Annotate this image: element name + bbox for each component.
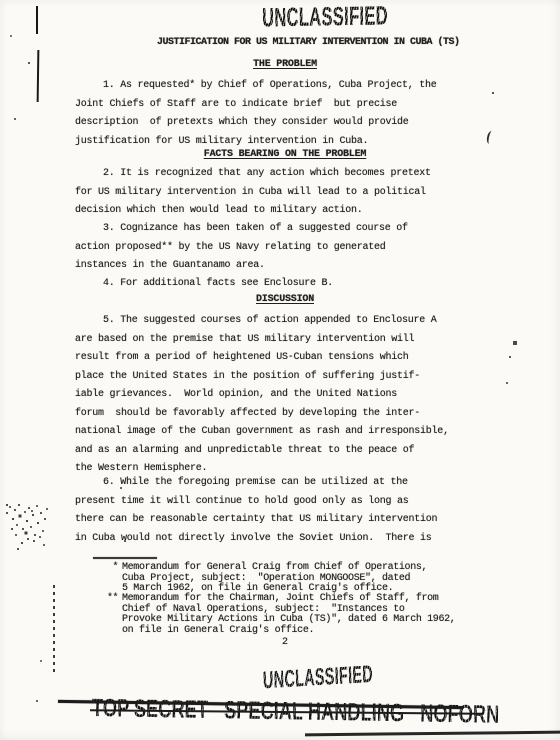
bottom-edge-rule [305, 731, 560, 737]
text-line: 2. It is recognized that any action whic… [75, 165, 495, 184]
document-title: JUSTIFICATION FOR US MILITARY INTERVENTI… [157, 37, 460, 48]
section-heading-the-problem: THE PROBLEM [80, 59, 490, 70]
footnote-2: ** Memorandum for the Chairman, Joint Ch… [98, 594, 455, 636]
text-line: 3. Cognizance has been taken of a sugges… [75, 220, 495, 239]
text-line: decision which then would lead to milita… [75, 202, 495, 221]
text-line: Memorandum for General Craig from Chief … [122, 563, 427, 574]
text-line: national image of the Cuban government a… [75, 423, 495, 442]
paragraph-5: 5. The suggested courses of action appen… [75, 312, 495, 479]
text-line: description of pretexts which they consi… [75, 114, 495, 133]
paragraph-3: 3. Cognizance has been taken of a sugges… [75, 220, 495, 276]
footnote-text: Memorandum for the Chairman, Joint Chief… [122, 594, 455, 636]
text-line: Joint Chiefs of Staff are to indicate br… [75, 96, 495, 115]
scanned-document-page: UNCLASSIFIED JUSTIFICATION FOR US MILITA… [0, 0, 560, 740]
text-line: 6. While the foregoing premise can be ut… [75, 474, 495, 493]
text-line: on file in General Craig's office. [122, 626, 455, 637]
scan-artifact-line [36, 6, 38, 34]
text-line: result from a period of heightened US-Cu… [75, 349, 495, 368]
text-line: Provoke Military Actions in Cuba (TS)", … [122, 615, 455, 626]
text-line: are based on the premise that US militar… [75, 331, 495, 350]
text-line: 1. As requested* by Chief of Operations,… [75, 77, 495, 96]
section-heading-discussion: DISCUSSION [80, 294, 490, 305]
text-line: iable grievances. World opinion, and the… [75, 386, 495, 405]
footnote-text: Memorandum for General Craig from Chief … [122, 563, 427, 595]
text-line: Memorandum for the Chairman, Joint Chief… [122, 594, 455, 605]
text-line: 4. For additional facts see Enclosure B. [75, 275, 495, 294]
unclassified-stamp-top: UNCLASSIFIED [262, 1, 388, 34]
text-line: action proposed** by the US Navy relatin… [75, 239, 495, 258]
text-line: 5. The suggested courses of action appen… [75, 312, 495, 331]
footnote-separator [93, 557, 157, 559]
text-line: in Cuba would not directly involve the S… [75, 530, 495, 549]
footnote-marker: * [98, 563, 122, 574]
unclassified-stamp-bottom: UNCLASSIFIED [263, 661, 374, 695]
footnote-1: * Memorandum for General Craig from Chie… [98, 563, 427, 595]
scan-artifact-specks [0, 0, 2, 2]
scan-artifact-speckle-blob [6, 504, 8, 506]
text-line: place the United States in the position … [75, 368, 495, 387]
text-line: there can be reasonable certainty that U… [75, 511, 495, 530]
scan-artifact-line [37, 50, 39, 102]
text-line: forum should be favorably affected by de… [75, 405, 495, 424]
footnote-marker: ** [98, 594, 122, 605]
text-line: for US military intervention in Cuba wil… [75, 184, 495, 203]
text-line: present time it will continue to hold go… [75, 493, 495, 512]
scan-artifact-dashes [53, 585, 55, 675]
section-heading-facts: FACTS BEARING ON THE PROBLEM [80, 149, 490, 160]
text-line: instances in the Guantanamo area. [75, 257, 495, 276]
paragraph-6: 6. While the foregoing premise can be ut… [75, 474, 495, 548]
paragraph-4: 4. For additional facts see Enclosure B. [75, 275, 495, 294]
banner-noforn: NOFORN [420, 699, 499, 729]
paragraph-2: 2. It is recognized that any action whic… [75, 165, 495, 221]
paragraph-1: 1. As requested* by Chief of Operations,… [75, 77, 495, 151]
page-number: 2 [80, 637, 490, 648]
text-line: and as an alarming and unpredictable thr… [75, 442, 495, 461]
